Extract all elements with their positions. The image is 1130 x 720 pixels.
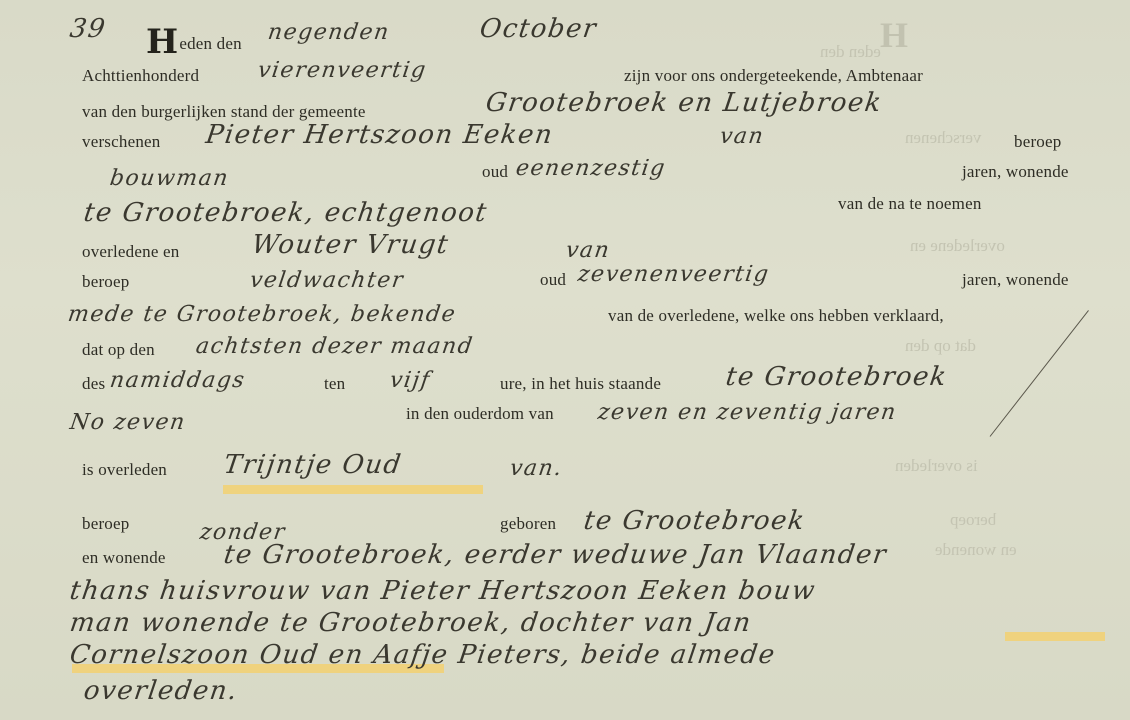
printed-oud-2: oud — [540, 270, 566, 290]
printed-dat-op-den: dat op den — [82, 340, 155, 360]
printed-is-overleden: is overleden — [82, 460, 167, 480]
heden-initial: H — [146, 22, 178, 62]
hw-residence-line4: Cornelszoon Oud en Aafje Pieters, beide … — [68, 640, 778, 670]
hw-day: negenden — [266, 20, 391, 45]
printed-na-te-noemen: van de na te noemen — [838, 194, 982, 214]
highlight-father-first-name — [1005, 632, 1105, 641]
printed-beroep-1: beroep — [1014, 132, 1061, 152]
flourish-stroke — [990, 310, 1089, 437]
printed-achttienhonderd: Achttienhonderd — [82, 66, 199, 86]
printed-beroep-3: beroep — [82, 514, 129, 534]
ghost-text: dat op den — [905, 336, 976, 356]
hw-residence-line2: thans huisvrouw van Pieter Hertszoon Eek… — [68, 576, 818, 606]
ghost-heading: H — [880, 14, 908, 56]
hw-declarant1-van: van — [718, 124, 766, 149]
heden-rest: eden den — [179, 34, 242, 53]
printed-heden: Heden den — [146, 22, 242, 62]
printed-ten: ten — [324, 374, 345, 394]
hw-municipality: Grootebroek en Lutjebroek — [484, 88, 884, 118]
ghost-text: en wonende — [935, 540, 1017, 560]
hw-age-at-death: zeven en zeventig jaren — [596, 400, 898, 425]
hw-declarant1-occupation: bouwman — [108, 166, 230, 191]
hw-declarant1-age: eenenzestig — [514, 156, 667, 181]
ghost-text: is overleden — [895, 456, 978, 476]
hw-declarant2-van: van — [564, 238, 612, 263]
record-number: 39 — [68, 14, 108, 44]
printed-van-de-overledene: van de overledene, welke ons hebben verk… — [608, 306, 944, 326]
hw-declarant1-name: Pieter Hertszoon Eeken — [204, 120, 555, 150]
printed-beroep-2: beroep — [82, 272, 129, 292]
hw-residence-line5: overleden. — [82, 676, 240, 706]
hw-declarant2-name: Wouter Vrugt — [250, 230, 451, 260]
printed-verschenen: verschenen — [82, 132, 160, 152]
hw-deceased-van: van. — [508, 456, 564, 481]
printed-oud-1: oud — [482, 162, 508, 182]
hw-declarant2-residence: mede te Grootebroek, bekende — [66, 302, 458, 327]
printed-jaren-wonende-2: jaren, wonende — [962, 270, 1069, 290]
hw-month: October — [478, 14, 599, 44]
ghost-text: beroep — [950, 510, 996, 530]
highlight-deceased-name — [223, 485, 483, 494]
printed-burgerlijken-stand: van den burgerlijken stand der gemeente — [82, 102, 366, 122]
hw-residence-line3: man wonende te Grootebroek, dochter van … — [68, 608, 754, 638]
printed-en-wonende: en wonende — [82, 548, 166, 568]
hw-house-location: te Grootebroek — [724, 362, 950, 392]
printed-geboren: geboren — [500, 514, 556, 534]
ghost-text: eden den — [820, 42, 881, 62]
hw-deceased-name: Trijntje Oud — [222, 450, 404, 480]
ghost-text: verschenen — [905, 128, 981, 148]
hw-declarant2-occupation: veldwachter — [248, 268, 405, 293]
hw-house-number: No zeven — [68, 410, 187, 435]
hw-declarant1-residence: te Grootebroek, echtgenoot — [82, 198, 490, 228]
hw-year: vierenveertig — [256, 58, 428, 83]
ghost-text: overledene en — [910, 236, 1005, 256]
printed-jaren-wonende-1: jaren, wonende — [962, 162, 1069, 182]
printed-overledene-en: overledene en — [82, 242, 179, 262]
hw-death-day: achtsten dezer maand — [194, 334, 475, 359]
hw-time-of-day: namiddags — [108, 368, 247, 393]
printed-ouderdom: in den ouderdom van — [406, 404, 554, 424]
document-page: H eden den verschenen overledene en dat … — [0, 0, 1130, 720]
hw-hour: vijf — [388, 368, 432, 393]
hw-residence-line1: te Grootebroek, eerder weduwe Jan Vlaand… — [222, 540, 889, 570]
printed-des: des — [82, 374, 105, 394]
printed-zijn-voor-ons: zijn voor ons ondergeteekende, Ambtenaar — [624, 66, 923, 86]
hw-declarant2-age: zevenenveertig — [576, 262, 771, 287]
printed-ure-huis: ure, in het huis staande — [500, 374, 661, 394]
hw-birthplace: te Grootebroek — [582, 506, 808, 536]
